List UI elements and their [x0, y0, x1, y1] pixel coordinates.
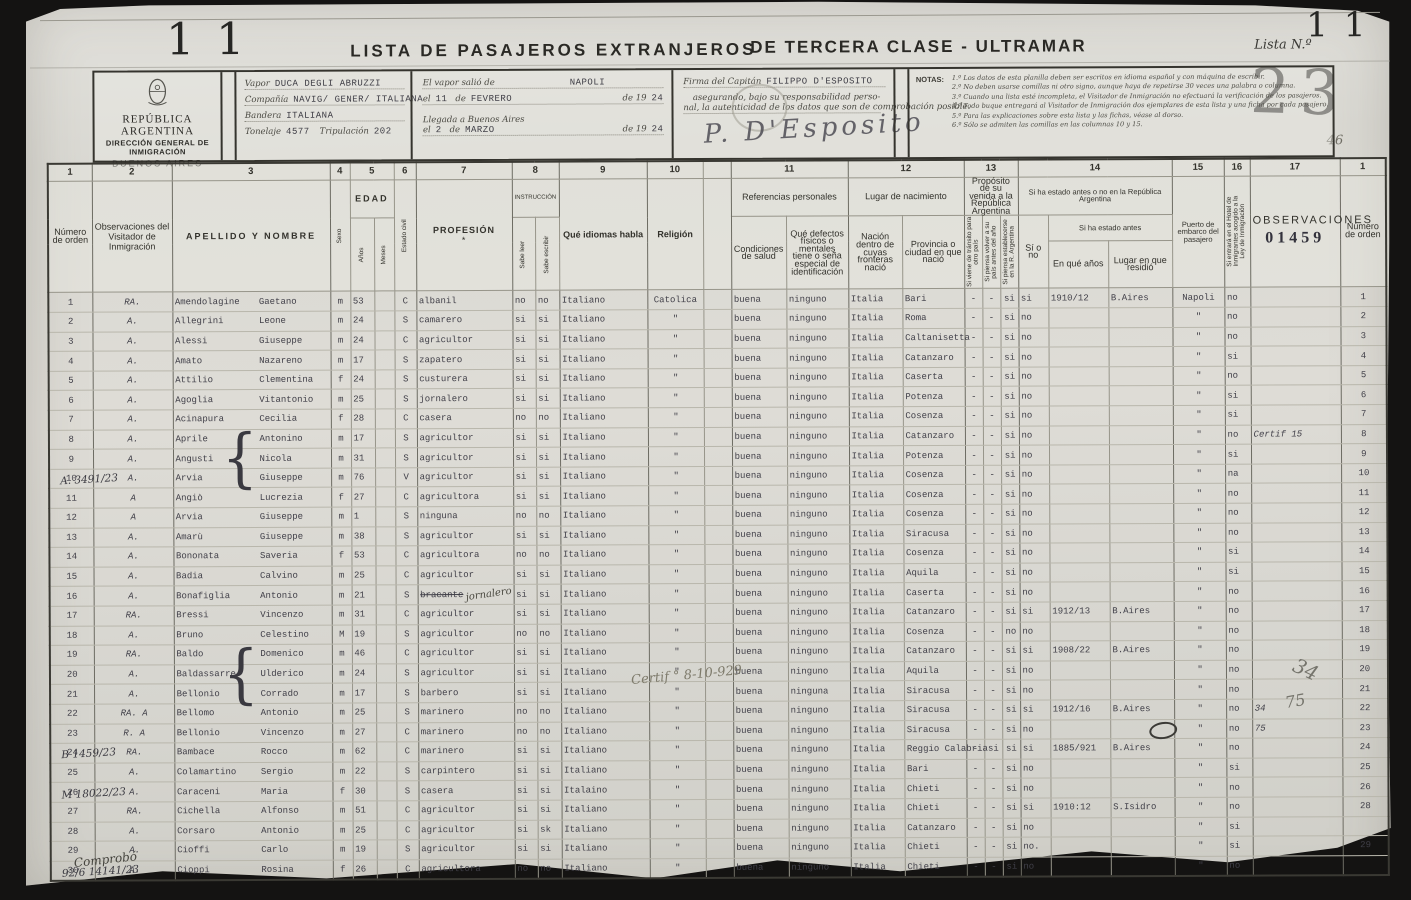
cell-port: ": [1175, 778, 1227, 798]
cell-hotel: no: [1226, 699, 1252, 719]
cell-religion: ": [648, 388, 704, 408]
cell-observation-note: [1251, 522, 1341, 542]
cell-writes: si: [536, 369, 560, 389]
cell-language: Italiano: [561, 702, 649, 722]
de19-label: de 19: [622, 93, 646, 103]
cell-language: Italiano: [560, 447, 648, 467]
cell-profession: agricultora: [417, 546, 513, 566]
profession-text: agricultor: [419, 335, 473, 345]
cell-order-number: 2: [48, 312, 92, 332]
cell-defects: ninguno: [786, 289, 848, 309]
cell-health: buena: [733, 623, 788, 643]
cell-transit: -: [967, 837, 985, 857]
profession-text: custurera: [419, 374, 468, 384]
cell-profession: agricultor: [418, 604, 514, 624]
cell-health: buena: [732, 525, 787, 545]
cell-transit: -: [965, 485, 983, 505]
cell-been-before: si: [1018, 288, 1048, 308]
cell-age-months: [374, 291, 394, 311]
cell-port: ": [1174, 660, 1226, 680]
cell-order-number-right: 15: [1342, 561, 1388, 581]
cell-place-before: [1109, 327, 1173, 347]
compania-label: Compañía: [245, 95, 288, 105]
cell-profession: agricultor: [416, 330, 512, 350]
cell-unlabeled: [704, 466, 732, 486]
cell-profession: agricultora: [417, 487, 513, 507]
cell-unlabeled: [706, 858, 734, 878]
cell-years-before: [1049, 484, 1109, 504]
given-name: Sergio: [261, 767, 293, 777]
vapor-value: DUCA DEGLI ABRUZZI: [275, 78, 381, 88]
cell-defects: ninguno: [787, 426, 849, 446]
cell-reads: si: [512, 330, 535, 350]
cell-birth-province: Cosenza: [903, 465, 965, 485]
cell-birth-province: Bari: [902, 289, 964, 309]
cell-been-before: no: [1019, 386, 1049, 406]
colnum-2: 2: [92, 163, 172, 180]
cell-been-before: no: [1018, 308, 1048, 328]
cell-birth-province: Aquila: [904, 661, 966, 681]
cell-sex: m: [333, 801, 353, 821]
cell-unlabeled: [706, 799, 734, 819]
cell-visitor-mark: RA.: [92, 292, 172, 312]
cell-order-number: 24B 1459/23: [50, 743, 94, 763]
cell-port: ": [1175, 817, 1227, 837]
surname: Amendolagine: [175, 297, 259, 307]
cell-age-years: 26: [353, 860, 377, 880]
cell-language: Italiano: [561, 643, 649, 663]
cell-writes: no: [538, 859, 562, 879]
cell-settle: si: [1002, 583, 1020, 603]
cell-language: Italiano: [560, 506, 648, 526]
salio-day: 11: [436, 94, 448, 104]
cell-been-before: no: [1019, 426, 1049, 446]
cell-years-before: [1049, 367, 1109, 387]
cell-age-years: 17: [351, 350, 375, 370]
cell-age-months: [375, 507, 395, 527]
cell-observation-note: 75: [1252, 718, 1342, 738]
cell-order-number: 25: [50, 763, 94, 783]
cell-religion: ": [647, 310, 703, 330]
given-name: Ulderico: [260, 669, 303, 679]
llegada-month: MARZO: [465, 125, 495, 135]
profession-text: agricultor: [421, 805, 475, 815]
cell-sex: m: [332, 585, 352, 605]
cell-unlabeled: [704, 545, 732, 565]
cell-defects: ninguno: [787, 368, 849, 388]
cell-transit: -: [966, 759, 984, 779]
cell-order-number: 11: [49, 489, 93, 509]
cell-age-months: [375, 350, 395, 370]
cell-order-number: 6: [49, 391, 93, 411]
cell-port: ": [1173, 405, 1225, 425]
surname: Attilio: [175, 375, 259, 385]
header-religion: Religión: [647, 178, 703, 290]
cell-port: ": [1174, 699, 1226, 719]
cell-age-months: [376, 742, 396, 762]
cell-birth-province: Cosenza: [904, 622, 966, 642]
given-name: Antonio: [260, 590, 298, 600]
cell-order-number: 16: [50, 587, 94, 607]
cell-fullname: AmarùGiuseppe: [173, 527, 331, 547]
cell-hotel: no: [1225, 425, 1251, 445]
cell-settle: si: [1001, 504, 1019, 524]
cell-religion: ": [649, 584, 705, 604]
cell-transit: -: [967, 818, 985, 838]
cell-defects: ninguno: [788, 642, 850, 662]
colnum-4: 4: [330, 163, 350, 180]
cell-age-years: 51: [353, 801, 377, 821]
profession-text: agricultor: [420, 472, 474, 482]
cell-visitor-mark: A.: [94, 684, 174, 704]
cell-birth-province: Chieti: [905, 857, 967, 877]
cell-settle: si: [1001, 543, 1019, 563]
given-name: Corrado: [261, 688, 299, 698]
surname: Bellonio: [177, 728, 261, 738]
cell-age-years: 62: [352, 742, 376, 762]
cell-sex: m: [331, 448, 351, 468]
cell-place-before: [1109, 425, 1173, 445]
cell-port: ": [1174, 738, 1226, 758]
header-civil-status: Estado civil: [402, 219, 409, 252]
cell-religion: Catolica: [647, 290, 703, 310]
cell-language: Italiano: [560, 545, 648, 565]
cell-years-before: 1912/16: [1050, 700, 1110, 720]
cell-hotel: no: [1227, 797, 1253, 817]
given-name: Antonio: [261, 708, 299, 718]
cell-transit: -: [966, 583, 984, 603]
cell-language: Italiano: [560, 467, 648, 487]
cell-order-number-right: 28: [1343, 796, 1389, 816]
cell-years-before: [1049, 445, 1109, 465]
cell-order-number-right: 20: [1342, 659, 1388, 679]
cell-visitor-mark: A.: [95, 821, 175, 841]
cell-observation-note: [1252, 542, 1342, 562]
cell-religion: ": [648, 349, 704, 369]
colnum-7: 7: [416, 162, 512, 179]
cell-years-before: [1049, 347, 1109, 367]
cell-profession: casera: [417, 408, 513, 428]
cell-unlabeled: [704, 349, 732, 369]
cell-language: Italiano: [561, 623, 649, 643]
cell-observation-note: [1251, 483, 1341, 503]
cell-age-years: 25: [352, 703, 376, 723]
cell-civil-status: C: [395, 487, 417, 507]
header-birth-nation: Nación dentro de cuyas fronteras nació: [848, 216, 902, 289]
bandera-label: Bandera: [245, 111, 281, 121]
cell-health: buena: [733, 760, 788, 780]
cell-defects: ninguno: [788, 760, 850, 780]
cell-birth-province: Potenza: [903, 446, 965, 466]
given-name: Alfonso: [261, 806, 299, 816]
cell-port: ": [1173, 503, 1225, 523]
spacer-column-2: [893, 69, 908, 157]
cell-return: -: [984, 779, 1002, 799]
cell-age-months: [375, 389, 395, 409]
header-port: Puerto de embarco del pasajero: [1172, 176, 1224, 288]
cell-port: ": [1175, 856, 1227, 876]
cell-observation-note: [1252, 581, 1342, 601]
cell-writes: no: [537, 702, 561, 722]
header-row-main: Número de orden Observaciones del Visita…: [48, 175, 1386, 220]
surname: Arvia: [176, 512, 260, 522]
cell-been-before: no: [1020, 680, 1050, 700]
cell-settle: si: [1002, 759, 1020, 779]
page-title-left: LISTA DE PASAJEROS EXTRANJEROS: [350, 40, 756, 62]
profession-text: agricultora: [420, 492, 479, 502]
cell-age-months: [376, 683, 396, 703]
cell-health: buena: [732, 466, 787, 486]
cell-birth-nation: Italia: [848, 289, 902, 309]
cell-health: buena: [733, 740, 788, 760]
cell-reads: si: [515, 820, 538, 840]
cell-civil-status: S: [395, 448, 417, 468]
cell-order-number-right: 25: [1342, 757, 1388, 777]
cell-settle: si: [1001, 465, 1019, 485]
cell-visitor-mark: RA.: [95, 802, 175, 822]
llegada-el-label: el: [423, 125, 431, 135]
note-item: 6.º Sólo se admiten las comillas en las …: [952, 119, 1329, 130]
cell-defects: ninguno: [789, 818, 851, 838]
cell-language: Italiano: [560, 329, 648, 349]
cell-age-months: [376, 624, 396, 644]
cell-birth-province: Reggio Calabria: [904, 739, 966, 759]
cell-unlabeled: [706, 838, 734, 858]
cell-visitor-mark: A.: [94, 665, 174, 685]
cell-language: Italiano: [562, 819, 650, 839]
cell-age-years: 22: [352, 762, 376, 782]
profession-text: albanil: [419, 296, 457, 306]
cell-reads: si: [514, 643, 537, 663]
cell-unlabeled: [704, 407, 732, 427]
header-health: Condiciones de salud: [731, 217, 786, 290]
cell-civil-status: C: [396, 605, 418, 625]
cell-return: -: [985, 798, 1003, 818]
passenger-table: 1 2 3 4 5 6 7 8 9 10 11 12 13 14 15 16 1…: [47, 157, 1390, 882]
cell-order-number-right: 1: [1340, 287, 1386, 307]
cell-place-before: [1109, 484, 1173, 504]
cell-unlabeled: [705, 564, 733, 584]
cell-order-number: 7: [49, 410, 93, 430]
cell-language: Italiano: [561, 584, 649, 604]
cell-age-years: 17: [351, 429, 375, 449]
cell-reads: no: [512, 291, 535, 311]
cell-writes: si: [537, 565, 561, 585]
cell-language: Italiano: [562, 839, 650, 859]
cell-language: Italiano: [561, 721, 649, 741]
cell-transit: -: [966, 700, 984, 720]
cell-civil-status: S: [396, 585, 418, 605]
cell-order-number: 19: [50, 645, 94, 665]
cell-age-years: 24: [351, 370, 375, 390]
cell-age-months: [377, 840, 397, 860]
cell-return: -: [983, 367, 1001, 387]
given-name: Cecilia: [259, 414, 297, 424]
header-order-number: Número de orden: [48, 181, 92, 293]
cell-birth-nation: Italia: [851, 818, 905, 838]
cell-years-before: [1050, 621, 1110, 641]
cell-visitor-mark: A.: [94, 567, 174, 587]
cell-health: buena: [732, 427, 787, 447]
cell-civil-status: C: [396, 566, 418, 586]
cell-reads: no: [514, 722, 537, 742]
cell-defects: ninguno: [789, 838, 851, 858]
colnum-16: 16: [1224, 159, 1250, 176]
profession-text: bracante: [420, 590, 463, 600]
cell-hotel: si: [1226, 562, 1252, 582]
cell-fullname: CioppiRosina: [175, 860, 333, 880]
cell-health: buena: [731, 290, 786, 310]
cell-health: buena: [734, 819, 789, 839]
header-order-number-right: Número de orden: [1340, 175, 1386, 287]
cell-order-number-right: 23: [1342, 718, 1388, 738]
cell-order-number-right: 16: [1342, 581, 1388, 601]
cell-reads: si: [514, 683, 537, 703]
cell-civil-status: C: [397, 859, 419, 879]
cell-visitor-mark: A.: [94, 763, 174, 783]
cell-writes: si: [536, 487, 560, 507]
colnum-14: 14: [1018, 159, 1172, 177]
cell-language: Italaino: [561, 780, 649, 800]
cell-writes: si: [535, 330, 559, 350]
cell-observation-note: [1251, 366, 1341, 386]
cell-sex: m: [330, 311, 350, 331]
cell-birth-province: Siracusa: [904, 720, 966, 740]
cell-reads: si: [514, 781, 537, 801]
cell-language: Italiano: [559, 290, 647, 310]
cell-fullname: AmatoNazareno: [173, 350, 331, 370]
header-age: EDAD: [350, 179, 394, 218]
cell-reads: si: [514, 663, 537, 683]
cell-reads: si: [512, 310, 535, 330]
cell-been-before: no: [1021, 778, 1051, 798]
cell-transit: -: [966, 661, 984, 681]
cell-unlabeled: [704, 368, 732, 388]
cell-age-years: 24: [350, 311, 374, 331]
cell-reads: si: [513, 369, 536, 389]
cell-age-months: [376, 703, 396, 723]
cell-language: Italiano: [560, 486, 648, 506]
cell-age-years: 28: [351, 409, 375, 429]
cell-age-years: 17: [352, 683, 376, 703]
cell-health: buena: [732, 388, 787, 408]
cell-sex: f: [332, 781, 352, 801]
profession-text: camarero: [419, 315, 462, 325]
cell-religion: ": [648, 545, 704, 565]
cell-hotel: si: [1225, 386, 1251, 406]
cell-age-years: 27: [351, 487, 375, 507]
cell-birth-province: Roma: [902, 308, 964, 328]
cell-civil-status: S: [395, 389, 417, 409]
cell-hotel: no: [1225, 503, 1251, 523]
cell-transit: -: [965, 426, 983, 446]
cell-hotel: no: [1225, 366, 1251, 386]
salio-label: El vapor salió de: [423, 78, 495, 88]
cell-observation-note: [1252, 757, 1342, 777]
cell-religion: ": [648, 427, 704, 447]
cell-profession: agricultor: [417, 428, 513, 448]
cell-place-before: B.Aires: [1110, 739, 1174, 759]
cell-order-number-right: 11: [1341, 483, 1387, 503]
cell-age-months: [376, 605, 396, 625]
cell-sex: m: [332, 703, 352, 723]
cell-birth-province: Caserta: [904, 583, 966, 603]
given-name: Antonino: [259, 434, 302, 444]
cell-settle: si: [1001, 328, 1019, 348]
cell-been-before: si: [1020, 739, 1050, 759]
cell-age-years: 53: [351, 546, 375, 566]
cell-birth-nation: Italia: [851, 838, 905, 858]
cell-years-before: [1049, 504, 1109, 524]
cell-fullname: AgogliaVitantonio: [173, 390, 331, 410]
cell-fullname: BambaceRocco: [174, 742, 332, 762]
cell-observation-note: [1251, 385, 1341, 405]
cell-place-before: B.Aires: [1110, 699, 1174, 719]
cell-observation-note: [1251, 444, 1341, 464]
cell-language: Italiano: [560, 349, 648, 369]
header-personal-references: Referencias personales: [731, 177, 848, 216]
cell-return: -: [985, 857, 1003, 877]
cell-profession: agricultor: [419, 820, 515, 840]
cell-birth-province: Catanzaro: [904, 602, 966, 622]
cell-profession: agricultor: [419, 800, 515, 820]
cell-age-years: 38: [351, 527, 375, 547]
cell-reads: si: [513, 467, 536, 487]
cell-return: -: [983, 445, 1001, 465]
cell-return: -: [983, 504, 1001, 524]
cell-writes: si: [536, 389, 560, 409]
cell-place-before: [1111, 817, 1175, 837]
cell-defects: ninguno: [787, 524, 849, 544]
cell-hotel: no: [1225, 327, 1251, 347]
compania-value: NAVIG/ GENER/ ITALIANA: [293, 94, 423, 105]
cell-health: buena: [734, 838, 789, 858]
cell-religion: ": [649, 701, 705, 721]
cell-sex: f: [333, 860, 353, 880]
header-purpose: Propósito de su venida a la República Ar…: [964, 177, 1018, 216]
notes-list: 1.º Los datos de esta planilla deben ser…: [952, 72, 1329, 130]
cell-been-before: no: [1020, 661, 1050, 681]
cell-settle: si: [1000, 308, 1018, 328]
cell-language: Italiano: [560, 388, 648, 408]
cell-settle: si: [1001, 524, 1019, 544]
cell-writes: si: [537, 604, 561, 624]
cell-place-before: [1109, 503, 1173, 523]
cell-birth-nation: Italia: [850, 779, 904, 799]
cell-profession: bracantejornalero: [418, 585, 514, 605]
cell-observation-note: [1253, 855, 1343, 875]
surname: Badia: [176, 571, 260, 581]
cell-reads: si: [513, 349, 536, 369]
cell-religion: ": [650, 858, 706, 878]
cell-birth-province: Cosenza: [903, 485, 965, 505]
cell-visitor-mark: A.: [93, 371, 173, 391]
cell-settle: si: [1002, 720, 1020, 740]
cell-birth-province: Chieti: [905, 798, 967, 818]
cell-transit: -: [967, 798, 985, 818]
cell-birth-province: Catanzaro: [904, 642, 966, 662]
cell-sex: m: [332, 644, 352, 664]
cell-settle: si: [1001, 387, 1019, 407]
cell-religion: ": [648, 525, 704, 545]
surname: Bambace: [177, 747, 261, 757]
cell-civil-status: C: [395, 409, 417, 429]
cell-defects: ninguno: [787, 329, 849, 349]
colnum-15: 15: [1172, 159, 1224, 176]
surname: Amarù: [176, 532, 260, 542]
surname: Bonafiglia: [176, 591, 260, 601]
cell-writes: no: [536, 408, 560, 428]
